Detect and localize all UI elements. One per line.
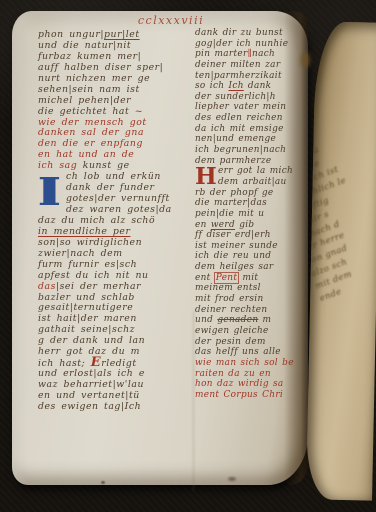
- text-segment: dem parmherze: [195, 156, 272, 166]
- manuscript-page: cclxxxviii phon ungur|pur|letund die nat…: [12, 11, 308, 485]
- text-segment: auff halben diser sper|: [38, 62, 163, 73]
- manuscript-line: deiner rechten: [195, 305, 315, 316]
- manuscript-line: deiner milten zar: [195, 60, 315, 71]
- text-segment: das helff uns alle: [195, 347, 281, 357]
- rubric-segment: pur|let: [104, 29, 140, 40]
- rubric-segment: ~: [129, 106, 143, 117]
- manuscript-line: der pesin dem: [195, 337, 315, 348]
- text-segment: furm furnir es|sch: [38, 259, 137, 270]
- text-segment: nurt nichzen mer ge: [38, 73, 150, 84]
- text-segment: en und vertanet|tü: [38, 390, 140, 401]
- text-segment: deiner rechten: [195, 305, 267, 315]
- rubric-segment: Pent: [215, 273, 239, 283]
- manuscript-line: ich die reu und: [195, 251, 315, 262]
- text-segment: liepher vater mein: [195, 102, 286, 112]
- text-segment: gathait seine|schz: [38, 324, 135, 335]
- text-segment: dank dir zu bunst: [195, 28, 283, 38]
- text-segment: meinem entsl: [195, 283, 261, 293]
- manuscript-line: meinem entsl: [195, 283, 315, 294]
- manuscript-line: ff diser erd|erh: [195, 230, 315, 241]
- manuscript-line: mit frod ersin: [195, 294, 315, 305]
- text-segment: gesait|ternutigere: [38, 302, 133, 313]
- text-segment: furbaz kumen mer|: [38, 51, 141, 62]
- text-segment: des ewigen tag|Ich: [38, 401, 141, 412]
- rubric-segment: wie der mensch got: [38, 117, 147, 128]
- manuscript-line: da ich mit emsige: [195, 124, 315, 135]
- manuscript-line: nen|und emenge: [195, 134, 315, 145]
- text-segment: nen|und emenge: [195, 134, 276, 144]
- text-segment: ich begrunen|nach: [195, 145, 286, 155]
- rubric-segment: das: [38, 281, 56, 292]
- text-segment: dez waren gotes|da: [66, 204, 172, 215]
- manuscript-line: wie man sich sol be: [195, 358, 315, 369]
- manuscript-line: so ich Ich dank: [195, 81, 315, 92]
- manuscript-line: das helff uns alle: [195, 347, 315, 358]
- text-segment: deiner milten zar: [195, 60, 280, 70]
- manuscript-line: en werd gib: [195, 220, 315, 231]
- manuscript-line: ten|parmherzikait: [195, 71, 315, 82]
- text-segment: gog|der ich nunhie: [195, 39, 288, 49]
- text-segment: kunst ge: [77, 160, 129, 171]
- adjacent-page-edge: in werder dy mensch|l dich lernme du dag…: [306, 21, 376, 500]
- text-segment: gotes|der vernunfft: [66, 193, 170, 204]
- text-segment: ch lob und erkün: [66, 171, 161, 182]
- text-segment: ist meiner sunde: [195, 241, 278, 251]
- text-segment: ent: [195, 273, 215, 283]
- right-text-column: dank dir zu bunstgog|der ich nunhiepin m…: [195, 28, 315, 400]
- text-segment: pin marter: [195, 49, 248, 59]
- rubric-segment: ment Corpus Chri: [195, 390, 283, 400]
- manuscript-line: ewigen gleiche: [195, 326, 315, 337]
- text-segment: sehen|sein nam ist: [38, 84, 140, 95]
- rubric-segment: den die er enpfang: [38, 138, 143, 149]
- text-segment: bazler und schlab: [38, 292, 135, 303]
- text-segment: die getichtet hat: [38, 106, 129, 117]
- manuscript-line: liepher vater mein: [195, 102, 315, 113]
- manuscript-line: gog|der ich nunhie: [195, 39, 315, 50]
- rubric-segment: danken sal der gna: [38, 127, 144, 138]
- text-segment: da ich mit emsige: [195, 124, 284, 134]
- red-lombardic-initial: H: [195, 166, 214, 187]
- manuscript-line: pin marter∥nach: [195, 49, 315, 60]
- text-segment: ich die reu und: [195, 251, 271, 261]
- text-segment: waz beharriet|w'lau: [38, 379, 144, 390]
- text-segment: mit: [238, 273, 258, 283]
- text-segment: und: [195, 315, 217, 325]
- manuscript-line: die marter|das: [195, 198, 315, 209]
- manuscript-line: herr got daz du m: [38, 347, 192, 358]
- manuscript-line: der sunderlich|h: [195, 92, 315, 103]
- manuscript-line: ich begrunen|nach: [195, 145, 315, 156]
- rubric-segment: Ich: [229, 81, 244, 91]
- text-segment: en: [195, 220, 211, 230]
- text-segment: err got la mich: [218, 166, 293, 176]
- manuscript-line: ment Corpus Chri: [195, 390, 315, 401]
- text-segment: des edlen reichen: [195, 113, 283, 123]
- text-segment: und die natur|nit: [38, 40, 131, 51]
- blue-lombardic-initial: I: [38, 172, 62, 215]
- text-segment: der pesin dem: [195, 337, 266, 347]
- rubric-segment: raiten da zu en: [195, 369, 271, 379]
- manuscript-line: pein|die mit u: [195, 209, 315, 220]
- text-segment: apfest du ich nit nu: [38, 270, 149, 281]
- ink-stain: [301, 52, 310, 68]
- folio-number: cclxxxviii: [116, 14, 226, 27]
- text-segment: ten|parmherzikait: [195, 71, 282, 81]
- manuscript-line: hon daz wirdig sa: [195, 379, 315, 390]
- text-segment: ist hait|der maren: [38, 313, 137, 324]
- manuscript-line: raiten da zu en: [195, 369, 315, 380]
- rubric-segment: wie man sich sol be: [195, 358, 294, 368]
- text-segment: rb der phopf ge: [195, 188, 273, 198]
- text-segment: dank der funder: [66, 182, 155, 193]
- rubric-segment: hon daz wirdig sa: [195, 379, 284, 389]
- text-segment: die marter|das: [195, 198, 267, 208]
- manuscript-line: des ewigen tag|Ich: [38, 402, 192, 413]
- text-segment: ewigen gleiche: [195, 326, 269, 336]
- text-segment: phon ungur|: [38, 29, 104, 40]
- text-segment: zwier|nach dem: [38, 248, 123, 259]
- rubric-segment: ich sag: [38, 160, 77, 171]
- text-segment: herr got daz du m: [38, 346, 140, 357]
- manuscript-line: und genaden m: [195, 315, 315, 326]
- manuscript-line: dank dir zu bunst: [195, 28, 315, 39]
- ink-stain: [228, 477, 236, 481]
- manuscript-line: rb der phopf ge: [195, 188, 315, 199]
- adjacent-page-text: in werder dy mensch|l dich lernme du dag…: [306, 38, 376, 306]
- text-segment: nach: [252, 49, 275, 59]
- text-segment: michel pehen|der: [38, 95, 131, 106]
- manuscript-line: des edlen reichen: [195, 113, 315, 124]
- text-segment: dem arbait|au: [218, 177, 287, 187]
- text-segment: pein|die mit u: [195, 209, 264, 219]
- text-segment: und erlost|als ich e: [38, 368, 145, 379]
- text-segment: son|so wirdiglichen: [38, 237, 142, 248]
- rubric-segment: en hat und an de: [38, 149, 134, 160]
- rubric-segment: werd: [211, 220, 235, 230]
- ink-stain: [101, 481, 105, 484]
- manuscript-line: dem heilges sar: [195, 262, 315, 273]
- photograph-background: cclxxxviii phon ungur|pur|letund die nat…: [0, 0, 376, 512]
- manuscript-line: ist meiner sunde: [195, 241, 315, 252]
- page-crease: [193, 311, 194, 491]
- text-segment: gib: [235, 220, 254, 230]
- text-segment: der sunderlich|h: [195, 92, 276, 102]
- left-text-column: phon ungur|pur|letund die natur|nitfurba…: [38, 30, 192, 413]
- text-segment: ff diser erd|erh: [195, 230, 271, 240]
- rubric-segment: in mendliche per: [38, 226, 130, 237]
- manuscript-line: ent Pent mit: [195, 273, 315, 284]
- text-segment: dem heilges sar: [195, 262, 273, 272]
- text-segment: mit frod ersin: [195, 294, 264, 304]
- text-segment: dank: [244, 81, 272, 91]
- text-segment: |sei der merhar: [56, 281, 141, 292]
- rubric-segment: genaden: [217, 315, 258, 325]
- text-segment: g der dank und lan: [38, 335, 145, 346]
- text-segment: m: [258, 315, 271, 325]
- manuscript-line: dem parmherze: [195, 156, 315, 167]
- text-segment: daz du mich alz schö: [38, 215, 155, 226]
- text-segment: so ich: [195, 81, 229, 91]
